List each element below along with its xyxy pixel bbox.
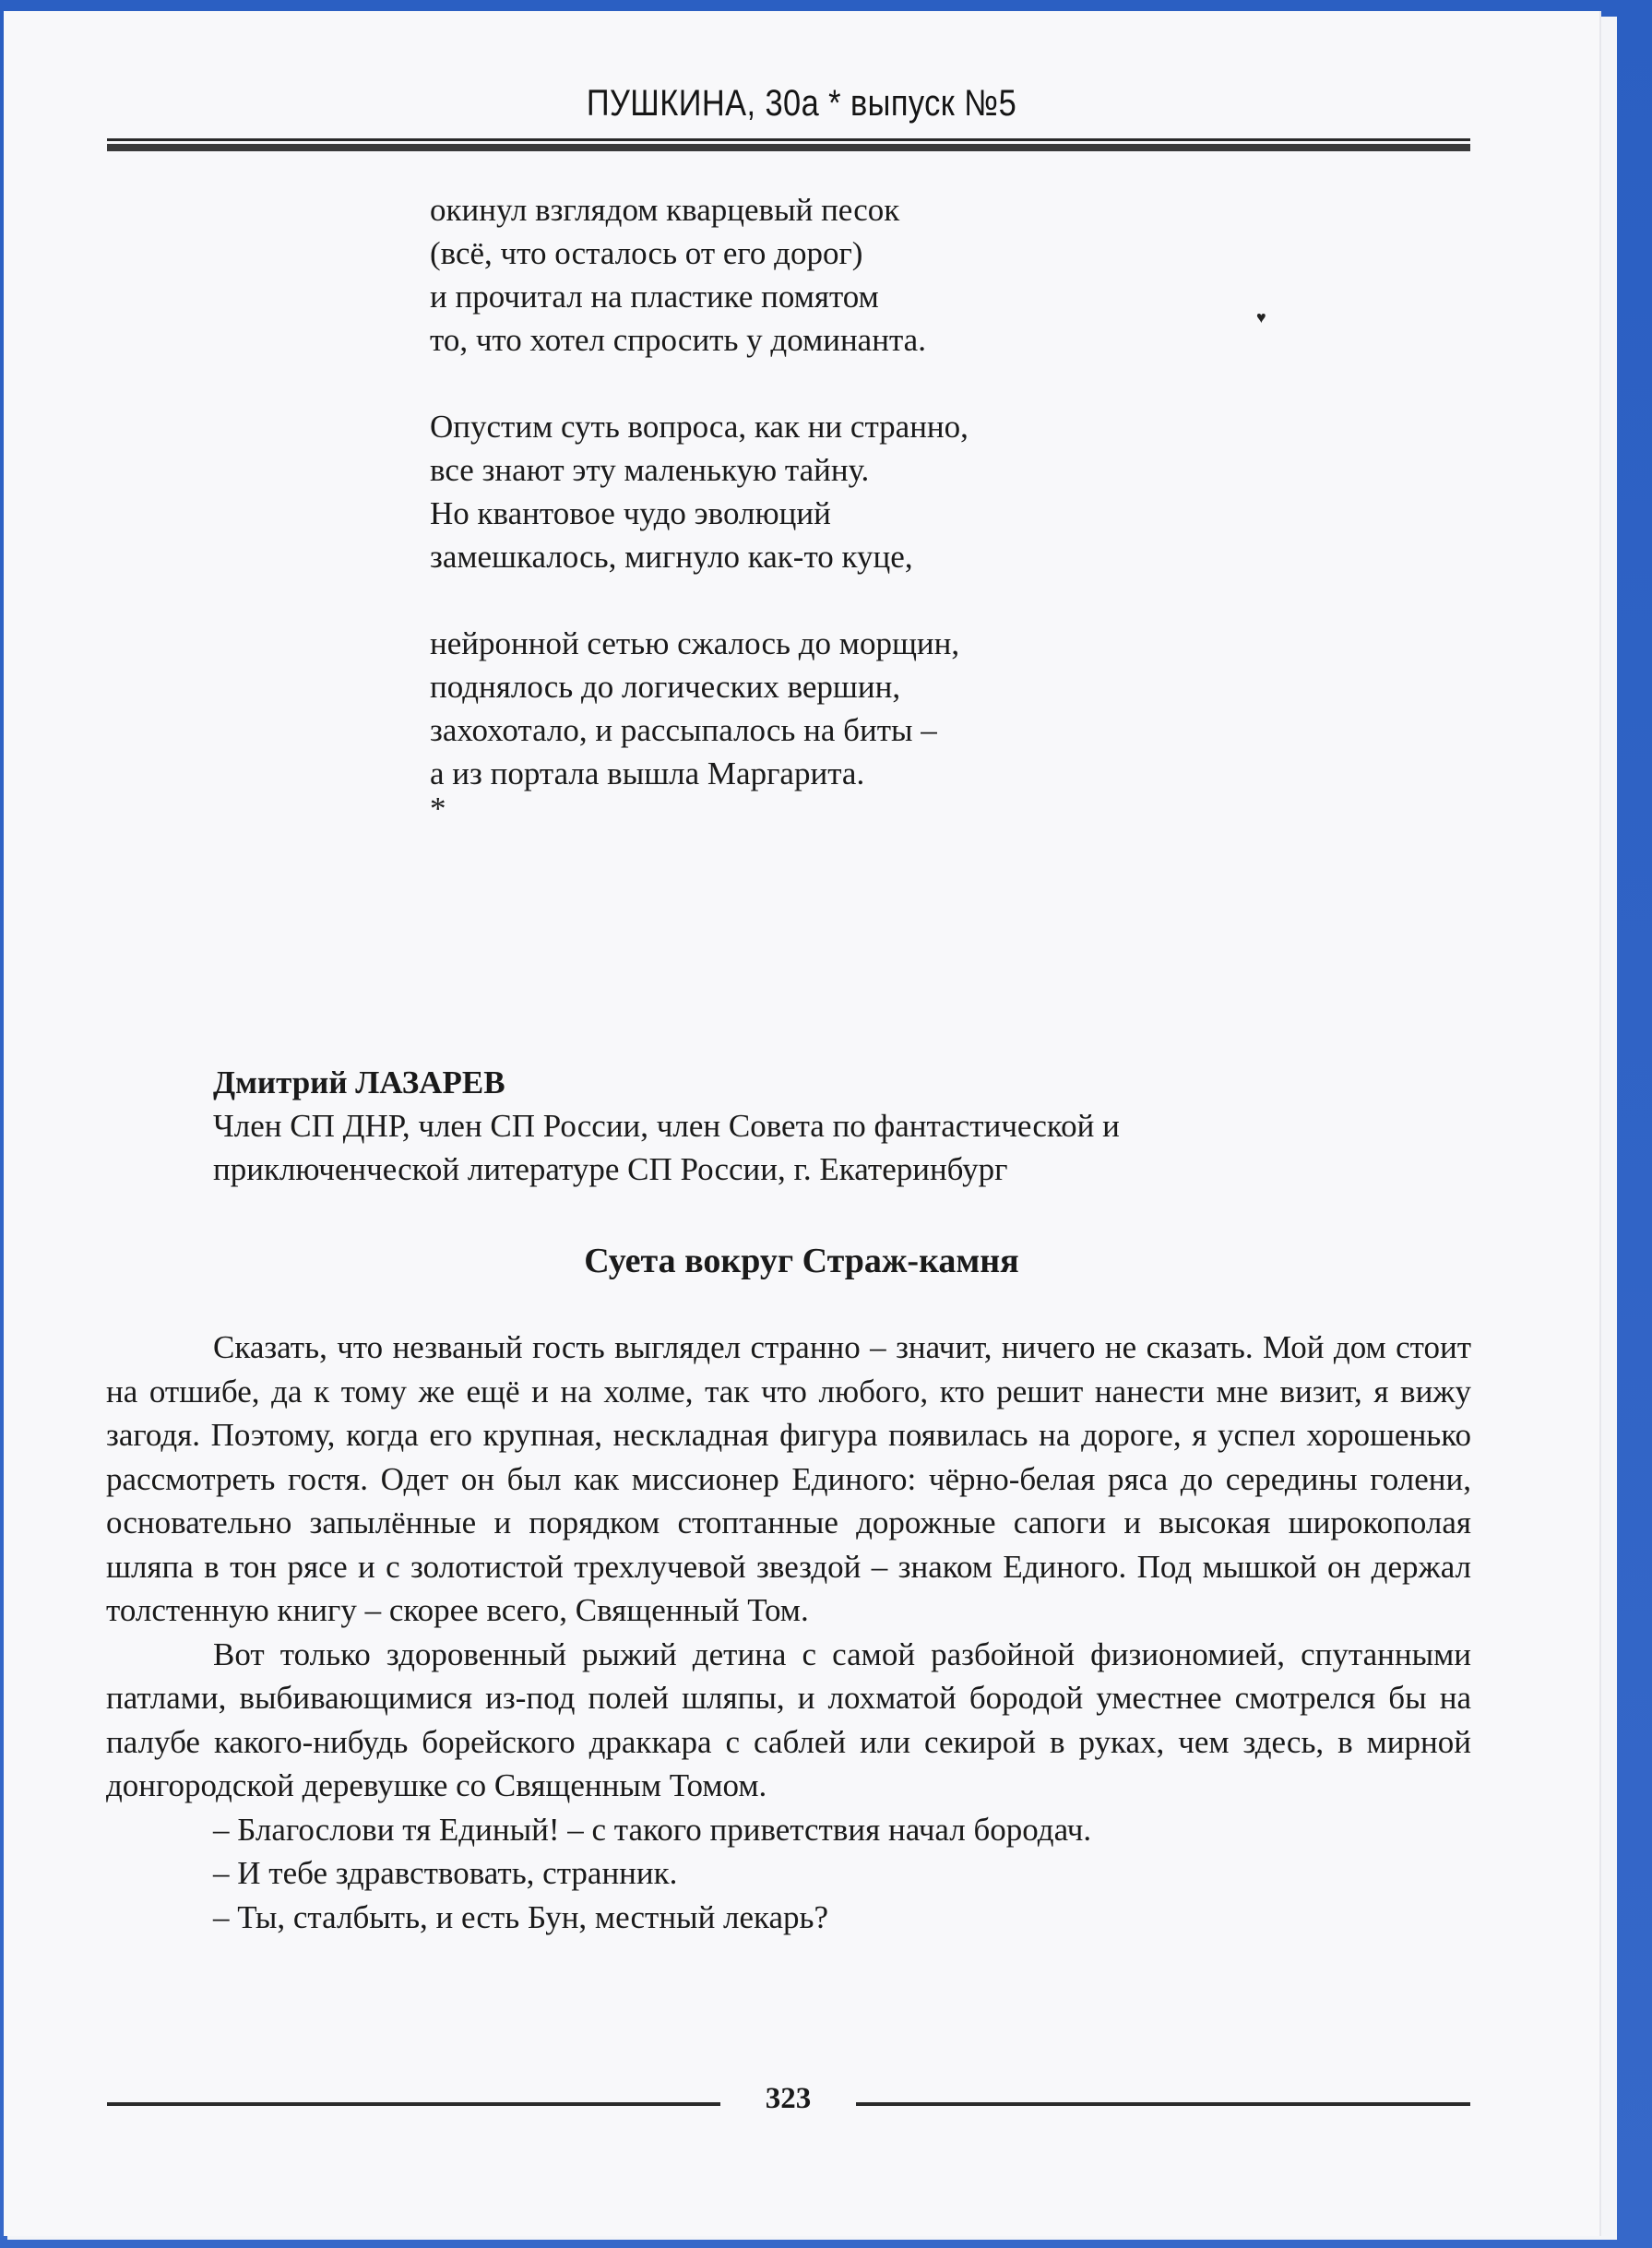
header-rule-thick: [107, 144, 1470, 151]
running-header: ПУШКИНА, 30а * выпуск №5: [115, 83, 1488, 125]
story-paragraph: Сказать, что незваный гость выглядел стр…: [106, 1326, 1471, 1633]
dialog-line: – Ты, сталбыть, и есть Бун, местный лека…: [106, 1896, 1471, 1940]
poem-line: окинул взглядом кварцевый песок: [430, 188, 969, 232]
dialog-line: – Благослови тя Единый! – с такого приве…: [106, 1808, 1471, 1852]
poem-line: Опустим суть вопроса, как ни странно,: [430, 405, 969, 448]
author-block: Дмитрий ЛАЗАРЕВ Член СП ДНР, член СП Рос…: [213, 1061, 1120, 1191]
poem-line: то, что хотел спросить у доминанта.: [430, 318, 969, 362]
poem: окинул взглядом кварцевый песок (всё, чт…: [430, 188, 969, 823]
poem-line: поднялось до логических вершин,: [430, 665, 969, 708]
poem-line: а из портала вышла Маргарита.: [430, 752, 969, 795]
poem-stanza: Опустим суть вопроса, как ни странно, вс…: [430, 405, 969, 578]
story-paragraph: Вот только здоровенный рыжий детина с са…: [106, 1633, 1471, 1808]
author-bio-line: приключенческой литературе СП России, г.…: [213, 1148, 1120, 1191]
page-footer: 323: [107, 2082, 1470, 2119]
story-body: Сказать, что незваный гость выглядел стр…: [106, 1326, 1471, 1939]
author-bio-line: Член СП ДНР, член СП России, член Совета…: [213, 1104, 1120, 1148]
footer-rule-left: [107, 2102, 720, 2106]
header-rule: [107, 138, 1470, 151]
story-title: Суета вокруг Страж-камня: [4, 1241, 1599, 1281]
footer-rule-right: [856, 2102, 1470, 2106]
poem-stanza: нейронной сетью сжалось до морщин, подня…: [430, 622, 969, 795]
poem-line: нейронной сетью сжалось до морщин,: [430, 622, 969, 665]
author-name: Дмитрий ЛАЗАРЕВ: [213, 1061, 1120, 1104]
poem-line: все знают эту маленькую тайну.: [430, 448, 969, 492]
poem-line: и прочитал на пластике помятом: [430, 275, 969, 318]
page-number: 323: [720, 2082, 856, 2116]
poem-line: (всё, что осталось от его дорог): [430, 232, 969, 275]
poem-stanza: окинул взглядом кварцевый песок (всё, чт…: [430, 188, 969, 362]
poem-line: захохотало, и рассыпалось на биты –: [430, 708, 969, 752]
header-rule-thin: [107, 138, 1470, 141]
poem-end-asterisk: *: [430, 795, 969, 823]
ink-blot-icon: ♥: [1256, 308, 1266, 327]
book-page: ПУШКИНА, 30а * выпуск №5 окинул взглядом…: [4, 11, 1599, 2236]
poem-line: Но квантовое чудо эволюций: [430, 492, 969, 535]
dialog-line: – И тебе здравствовать, странник.: [106, 1851, 1471, 1896]
poem-line: замешкалось, мигнуло как-то куце,: [430, 535, 969, 578]
